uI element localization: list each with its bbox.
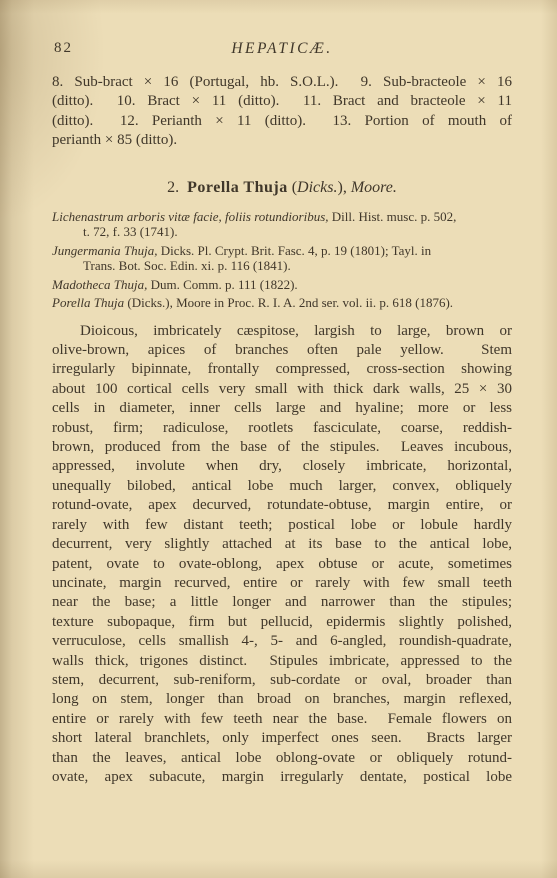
description-text-line: rotund-ovate, apex decurved, rotundate-o… (52, 496, 512, 515)
synonymy-line: t. 72, f. 33 (1741). (83, 224, 512, 240)
legend-text-line: (ditto). 10. Bract × 11 (ditto). 11. Bra… (52, 92, 512, 111)
text-segment: 2. (167, 179, 187, 196)
text-segment: Jungermania Thuja, (52, 243, 157, 258)
description-text-line: long on stem, longer than broad on branc… (52, 690, 512, 709)
text-segment: t. 72, f. 33 (1741). (83, 224, 178, 239)
description-text-line: appressed, involute when dry, closely im… (52, 457, 512, 476)
text-segment: Lichenastrum arboris vitæ facie, foliis … (52, 209, 329, 224)
text-segment: Dicks. Pl. Crypt. Brit. Fasc. 4, p. 19 (… (157, 243, 431, 258)
text-segment: Dill. Hist. musc. p. 502, (329, 209, 457, 224)
text-segment: ( (288, 179, 297, 196)
description-text-line: Dioicous, imbricately cæspitose, largish… (52, 322, 512, 341)
description-text-line: rarely with few distant teeth; postical … (52, 516, 512, 535)
text-segment: (Dicks.), Moore in Proc. R. I. A. 2nd se… (124, 295, 453, 310)
synonymy-line: Porella Thuja (Dicks.), Moore in Proc. R… (52, 295, 512, 311)
text-segment: ), (337, 179, 350, 196)
species-heading: 2. Porella Thuja (Dicks.), Moore. (52, 178, 512, 198)
synonymy-line: Madotheca Thuja, Dum. Comm. p. 111 (1822… (52, 277, 512, 293)
description-text-line: texture subopaque, firm but pellucid, ep… (52, 613, 512, 632)
book-page: 82 HEPATICÆ. 8. Sub-bract × 16 (Portugal… (0, 0, 557, 878)
description-text-line: verruculose, cells smallish 4-, 5- and 6… (52, 632, 512, 651)
text-segment: Dum. Comm. p. 111 (1822). (147, 277, 297, 292)
description-text-line: cells in diameter, inner cells large and… (52, 399, 512, 418)
running-head: HEPATICÆ. (52, 40, 512, 58)
synonymy-line: Trans. Bot. Soc. Edin. xi. p. 116 (1841)… (83, 258, 512, 274)
description-text-line: patent, ovate to ovate-oblong, apex obtu… (52, 555, 512, 574)
text-segment: Porella Thuja (52, 295, 124, 310)
description-text-line: walls thick, trigones distinct. Stipules… (52, 652, 512, 671)
description-text-line: entire or rarely with few teeth near the… (52, 710, 512, 729)
description-text-line: stem, decurrent, sub-reniform, sub-corda… (52, 671, 512, 690)
description-text-line: ovate, apex subacute, margin irregularly… (52, 768, 512, 787)
description-text-line: unequally bilobed, antical lobe much lar… (52, 477, 512, 496)
legend-text-line: 8. Sub-bract × 16 (Portugal, hb. S.O.L.)… (52, 73, 512, 92)
text-segment: Trans. Bot. Soc. Edin. xi. p. 116 (1841)… (83, 258, 291, 273)
synonymy-line: Lichenastrum arboris vitæ facie, foliis … (52, 209, 512, 225)
description-text-line: olive-brown, apices of branches often pa… (52, 341, 512, 360)
synonymy-entry: Jungermania Thuja, Dicks. Pl. Crypt. Bri… (52, 243, 512, 274)
description-text-line: robust, firm; radiculose, rootlets fasci… (52, 419, 512, 438)
description-text-line: irregularly bipinnate, frontally compres… (52, 360, 512, 379)
synonymy-entry: Lichenastrum arboris vitæ facie, foliis … (52, 209, 512, 240)
synonymy-list: Lichenastrum arboris vitæ facie, foliis … (52, 209, 512, 311)
description-text-line: than the leaves, antical lobe oblong-ova… (52, 749, 512, 768)
synonymy-entry: Porella Thuja (Dicks.), Moore in Proc. R… (52, 295, 512, 311)
description-text-line: brown, produced from the base of the sti… (52, 438, 512, 457)
plate-legend-paragraph: 8. Sub-bract × 16 (Portugal, hb. S.O.L.)… (52, 73, 512, 151)
description-text-line: short lateral branchlets, only imperfect… (52, 729, 512, 748)
synonymy-entry: Madotheca Thuja, Dum. Comm. p. 111 (1822… (52, 277, 512, 293)
description-text-line: decurrent, very slightly attached at its… (52, 535, 512, 554)
page-number: 82 (54, 40, 73, 57)
page-header: 82 HEPATICÆ. (52, 40, 512, 60)
text-segment: Dicks. (297, 179, 337, 196)
legend-text-line: perianth × 85 (ditto). (52, 131, 512, 150)
text-segment: Porella Thuja (187, 179, 288, 196)
legend-text-line: (ditto). 12. Perianth × 11 (ditto). 13. … (52, 112, 512, 131)
description-text-line: about 100 cortical cells very small with… (52, 380, 512, 399)
description-text-line: near the base; a little longer and narro… (52, 593, 512, 612)
text-segment: Moore. (351, 179, 397, 196)
description-text-line: uncinate, margin recurved, entire or rar… (52, 574, 512, 593)
species-description-paragraph: Dioicous, imbricately cæspitose, largish… (52, 322, 512, 788)
synonymy-line: Jungermania Thuja, Dicks. Pl. Crypt. Bri… (52, 243, 512, 259)
text-segment: Madotheca Thuja, (52, 277, 147, 292)
